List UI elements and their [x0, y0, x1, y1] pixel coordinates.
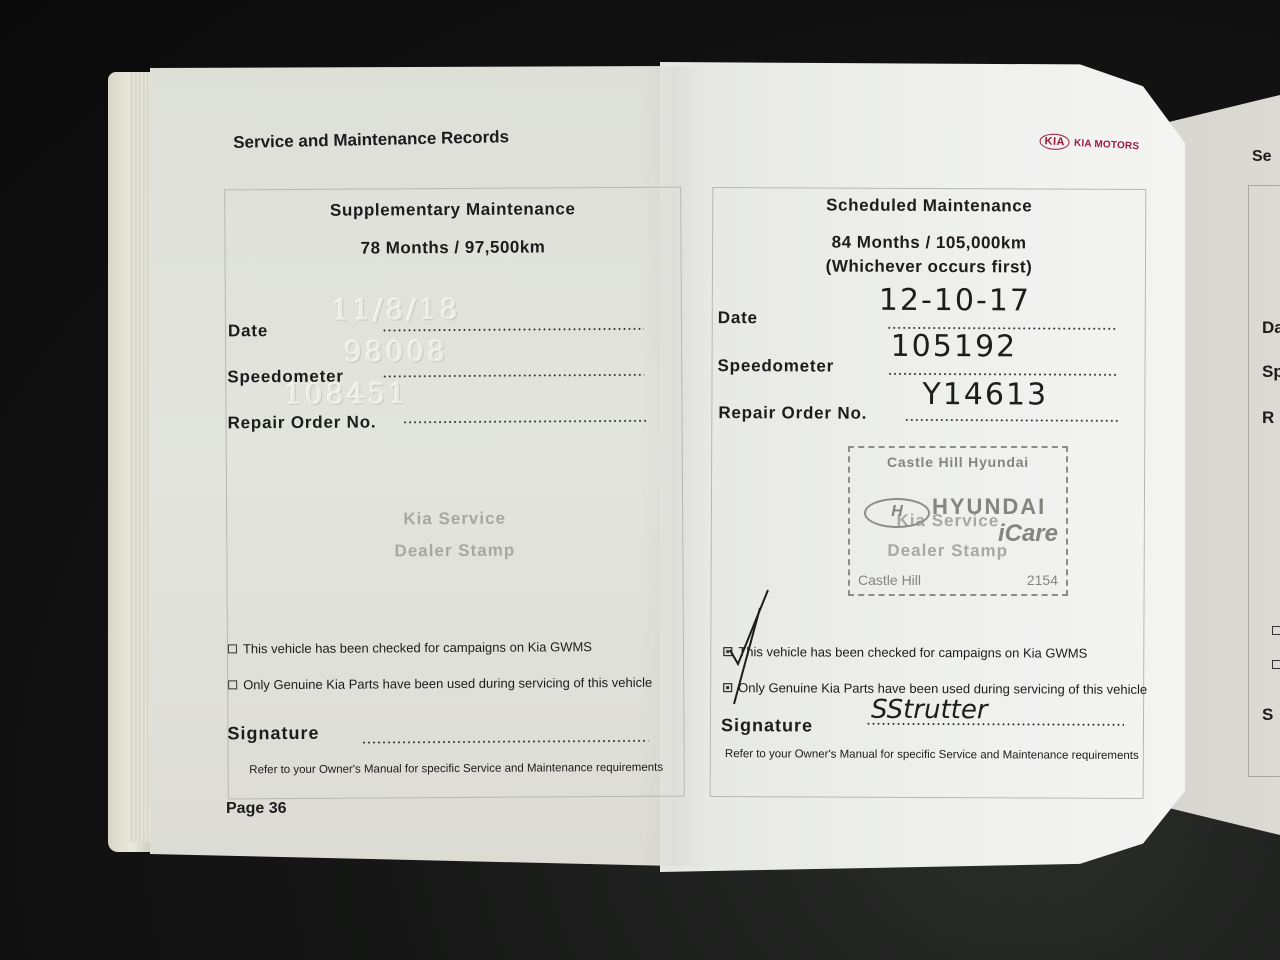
speedometer-field[interactable] [888, 373, 1118, 376]
dealer-name: Castle Hill Hyundai [850, 454, 1066, 470]
check-label: This vehicle has been checked for campai… [243, 639, 592, 656]
speedometer-label: Speedometer [227, 367, 344, 388]
dealer-program: iCare [998, 520, 1058, 548]
date-label: Date [228, 321, 268, 341]
handwritten-tick-icon [722, 588, 772, 708]
stamp-placeholder-line1: Kia Service [227, 508, 682, 531]
signature-label: Signature [227, 723, 319, 745]
signature-value: SStrutter [871, 695, 988, 726]
stamp-placeholder-line2: Dealer Stamp [227, 540, 682, 563]
checkbox [1272, 660, 1280, 669]
checkbox[interactable] [228, 680, 237, 689]
next-page-label: R [1262, 408, 1274, 428]
repair-order-label: Repair Order No. [228, 412, 377, 433]
next-page-label: Da [1262, 318, 1280, 338]
genuine-parts-check-row[interactable]: Only Genuine Kia Parts have been used du… [228, 675, 652, 693]
repair-order-field[interactable] [403, 420, 647, 423]
record-interval: 84 Months / 105,000km [713, 232, 1145, 254]
repair-order-value: Y14613 [922, 377, 1048, 413]
speedometer-field[interactable] [382, 374, 644, 378]
next-page-label: S [1262, 705, 1273, 725]
owners-manual-note: Refer to your Owner's Manual for specifi… [229, 762, 684, 777]
embossed-date-impression: 11/8/18 [332, 293, 461, 327]
brand-name: KIA MOTORS [1074, 137, 1140, 151]
campaign-check-row[interactable]: This vehicle has been checked for campai… [723, 644, 1087, 661]
signature-field[interactable] [362, 740, 649, 744]
kia-emblem-icon: KIA [1039, 133, 1070, 151]
supplementary-maintenance-record: Supplementary Maintenance 78 Months / 97… [224, 187, 685, 800]
check-label: This vehicle has been checked for campai… [738, 644, 1087, 661]
checkbox[interactable] [228, 644, 237, 653]
record-title: Supplementary Maintenance [225, 199, 680, 222]
dealer-stamp: Castle Hill Hyundai H HYUNDAI iCare Cast… [848, 446, 1068, 596]
speedometer-value: 105192 [891, 329, 1018, 365]
signature-label: Signature [721, 715, 813, 736]
dealer-brand: HYUNDAI [932, 494, 1046, 520]
campaign-check-row[interactable]: This vehicle has been checked for campai… [228, 639, 592, 656]
next-page-record-box [1248, 185, 1280, 777]
dealer-suburb: Castle Hill [858, 572, 921, 588]
record-interval: 78 Months / 97,500km [225, 237, 680, 260]
speedometer-label: Speedometer [718, 356, 835, 377]
owners-manual-note: Refer to your Owner's Manual for specifi… [721, 748, 1143, 762]
date-value: 12-10-17 [879, 283, 1031, 319]
record-interval-note: (Whichever occurs first) [713, 256, 1145, 278]
record-title: Scheduled Maintenance [713, 195, 1145, 217]
page-number: Page 36 [226, 800, 286, 818]
next-page-label: Sp [1262, 362, 1280, 382]
repair-order-field[interactable] [904, 419, 1118, 422]
embossed-speedometer-impression: 98008 [344, 335, 448, 369]
check-label: Only Genuine Kia Parts have been used du… [243, 675, 652, 692]
hyundai-logo-icon: H [864, 498, 930, 528]
date-field[interactable] [382, 328, 644, 332]
date-label: Date [718, 308, 758, 328]
repair-order-label: Repair Order No. [718, 403, 867, 424]
checkbox [1272, 626, 1280, 635]
next-page-header-fragment: Se [1252, 148, 1272, 166]
dealer-postcode: 2154 [1027, 572, 1058, 588]
